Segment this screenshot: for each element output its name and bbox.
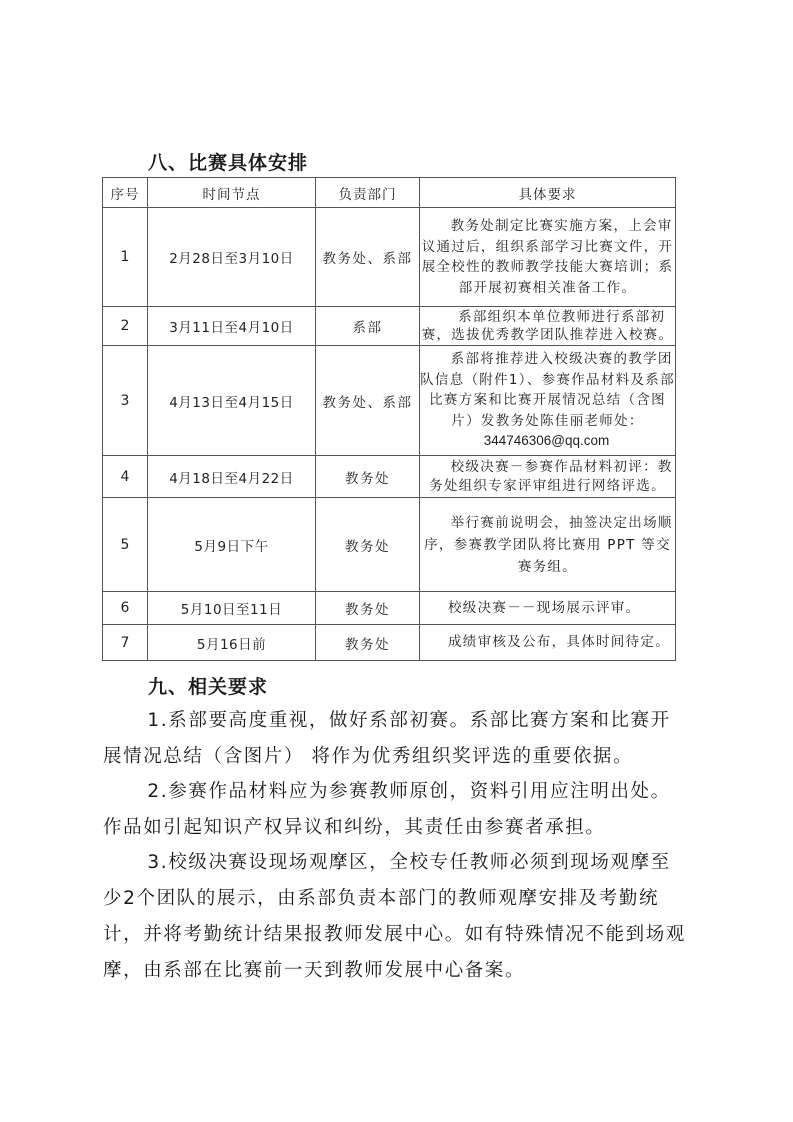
row-dept: 教务处 (316, 625, 420, 661)
header-date: 时间节点 (148, 178, 316, 208)
row-dept: 系部 (316, 307, 420, 346)
table-row: 2 3月11日至4月10日 系部 系部组织本单位教师进行系部初赛，选拔优秀教学团… (103, 307, 676, 346)
row-requirements: 校级决赛－－现场展示评审。 (420, 592, 676, 625)
table-row: 7 5月16日前 教务处 成绩审核及公布，具体时间待定。 (103, 625, 676, 661)
row-date: 2月28日至3月10日 (148, 208, 316, 307)
row-dept: 教务处、系部 (316, 208, 420, 307)
schedule-table: 序号 时间节点 负责部门 具体要求 1 2月28日至3月10日 教务处、系部 教… (102, 177, 676, 661)
row-dept: 教务处 (316, 498, 420, 592)
row-date: 5月16日前 (148, 625, 316, 661)
row-no: 4 (103, 456, 148, 498)
row-date: 4月13日至4月15日 (148, 346, 316, 456)
row-no: 3 (103, 346, 148, 456)
row-no: 7 (103, 625, 148, 661)
row-requirements: 系部组织本单位教师进行系部初赛，选拔优秀教学团队推荐进入校赛。 (420, 307, 676, 346)
row-no: 1 (103, 208, 148, 307)
section-title-requirements: 九、相关要求 (148, 672, 268, 699)
row-no: 6 (103, 592, 148, 625)
section-title-schedule: 八、比赛具体安排 (148, 148, 308, 175)
requirement-paragraph-3: 3.校级决赛设现场观摩区，全校专任教师必须到现场观摩至少2个团队的展示，由系部负… (103, 845, 688, 989)
row-requirements: 成绩审核及公布，具体时间待定。 (420, 625, 676, 661)
table-row: 4 4月18日至4月22日 教务处 校级决赛－参赛作品材料初评：教务处组织专家评… (103, 456, 676, 498)
row-no: 2 (103, 307, 148, 346)
row-date: 4月18日至4月22日 (148, 456, 316, 498)
row-requirements: 教务处制定比赛实施方案，上会审议通过后，组织系部学习比赛文件，开展全校性的教师教… (420, 208, 676, 307)
row-dept: 教务处 (316, 456, 420, 498)
table-row: 5 5月9日下午 教务处 举行赛前说明会，抽签决定出场顺序，参赛教学团队将比赛用… (103, 498, 676, 592)
header-requirements: 具体要求 (420, 178, 676, 208)
table-row: 1 2月28日至3月10日 教务处、系部 教务处制定比赛实施方案，上会审议通过后… (103, 208, 676, 307)
row-date: 5月9日下午 (148, 498, 316, 592)
requirement-paragraph-2: 2.参赛作品材料应为参赛教师原创，资料引用应注明出处。作品如引起知识产权异议和纠… (103, 774, 688, 846)
header-dept: 负责部门 (316, 178, 420, 208)
row-no: 5 (103, 498, 148, 592)
header-no: 序号 (103, 178, 148, 208)
requirement-paragraph-1: 1.系部要高度重视，做好系部初赛。系部比赛方案和比赛开展情况总结（含图片） 将作… (103, 703, 688, 775)
row-date: 3月11日至4月10日 (148, 307, 316, 346)
row-date: 5月10日至11日 (148, 592, 316, 625)
email-link[interactable]: 344746306@qq.com (484, 433, 610, 448)
row-requirements: 举行赛前说明会，抽签决定出场顺序，参赛教学团队将比赛用 PPT 等交赛务组。 (420, 498, 676, 592)
table-row: 3 4月13日至4月15日 教务处、系部 系部将推荐进入校级决赛的教学团队信息（… (103, 346, 676, 456)
table-row: 6 5月10日至11日 教务处 校级决赛－－现场展示评审。 (103, 592, 676, 625)
row-dept: 教务处 (316, 592, 420, 625)
table-header-row: 序号 时间节点 负责部门 具体要求 (103, 178, 676, 208)
row-requirements: 系部将推荐进入校级决赛的教学团队信息（附件1）、参赛作品材料及系部比赛方案和比赛… (420, 346, 676, 456)
row-requirements: 校级决赛－参赛作品材料初评：教务处组织专家评审组进行网络评选。 (420, 456, 676, 498)
row-dept: 教务处、系部 (316, 346, 420, 456)
